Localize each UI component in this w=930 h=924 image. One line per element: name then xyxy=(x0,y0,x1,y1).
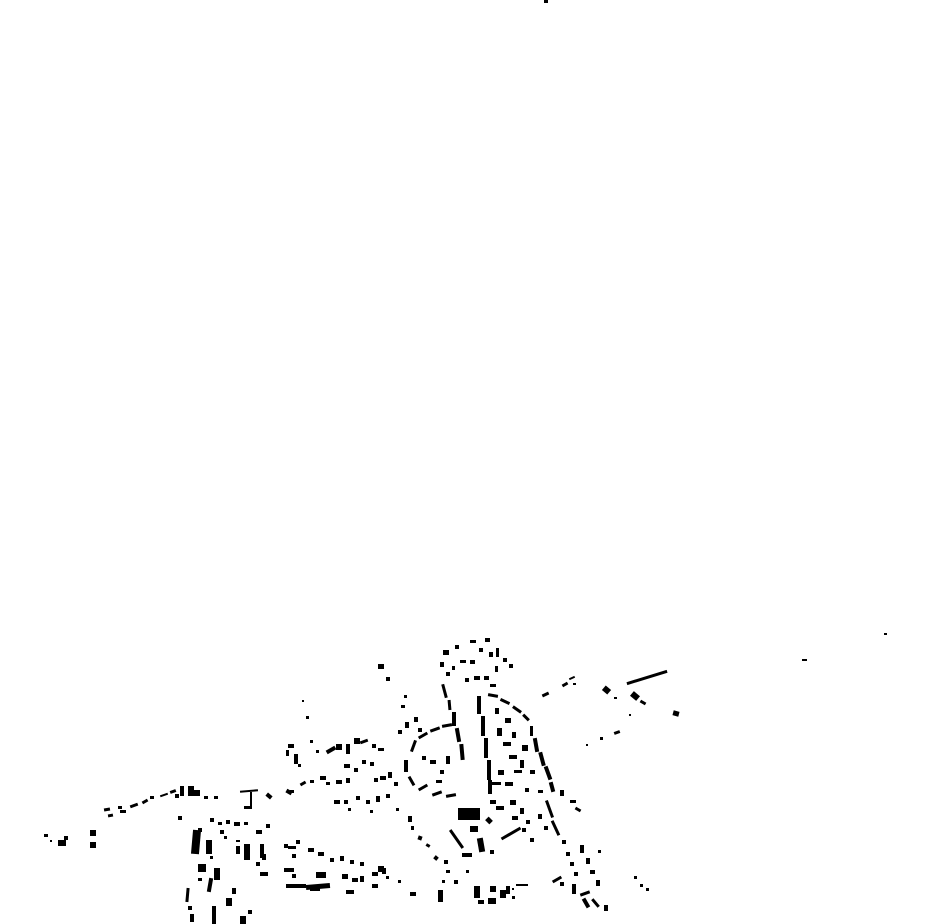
building-footprint xyxy=(802,659,807,661)
building-footprint xyxy=(884,633,887,635)
building-footprint xyxy=(90,830,96,836)
building-footprint xyxy=(346,744,350,754)
building-footprint xyxy=(336,744,342,750)
building-footprint xyxy=(294,754,298,764)
building-footprint xyxy=(503,742,511,746)
building-footprint xyxy=(497,728,502,736)
building-footprints xyxy=(0,0,930,924)
building-footprint xyxy=(388,772,392,778)
building-footprint xyxy=(498,770,504,775)
building-footprint xyxy=(440,662,444,667)
building-footprint xyxy=(404,760,408,772)
building-footprint xyxy=(354,738,360,744)
building-footprint xyxy=(362,760,366,764)
building-footprint xyxy=(232,888,236,894)
building-footprint xyxy=(298,764,301,767)
building-footprint xyxy=(505,718,511,723)
building-footprint xyxy=(206,840,212,854)
building-footprint xyxy=(50,840,52,842)
building-footprint xyxy=(256,830,262,834)
building-footprint xyxy=(544,826,548,830)
building-footprint xyxy=(522,745,528,751)
building-footprint xyxy=(490,850,494,854)
building-footprint xyxy=(490,684,496,687)
building-footprint xyxy=(544,0,548,3)
building-footprint xyxy=(344,800,348,804)
building-footprint xyxy=(394,782,398,786)
building-footprint xyxy=(505,782,513,786)
building-footprint xyxy=(320,776,326,780)
building-footprint xyxy=(386,876,389,879)
building-footprint xyxy=(44,834,48,837)
building-footprint xyxy=(512,888,514,890)
building-footprint xyxy=(477,696,481,714)
building-footprint xyxy=(586,744,588,746)
building-footprint xyxy=(378,664,384,669)
building-footprint xyxy=(512,896,515,899)
building-footprint xyxy=(495,708,499,714)
building-footprint xyxy=(474,886,480,898)
building-footprint xyxy=(180,786,184,796)
building-footprint xyxy=(346,778,350,783)
building-footprint xyxy=(573,683,576,685)
building-footprint xyxy=(586,858,590,864)
building-footprint xyxy=(489,652,493,657)
building-footprint xyxy=(526,820,530,824)
building-footprint xyxy=(452,712,456,726)
building-footprint xyxy=(500,890,506,898)
building-footprint xyxy=(226,898,232,906)
building-footprint xyxy=(604,905,608,911)
building-footprint xyxy=(352,878,358,882)
building-footprint xyxy=(360,876,364,882)
building-footprint xyxy=(479,648,483,652)
building-footprint xyxy=(318,852,324,856)
building-footprint xyxy=(58,840,66,846)
building-footprint xyxy=(512,816,518,820)
building-footprint xyxy=(530,726,533,736)
building-footprint xyxy=(560,790,564,796)
building-footprint xyxy=(490,886,496,892)
building-footprint xyxy=(310,780,314,783)
building-footprint xyxy=(244,844,250,860)
building-footprint xyxy=(292,874,296,878)
building-footprint xyxy=(452,666,455,670)
building-footprint xyxy=(244,822,248,825)
building-footprint xyxy=(538,790,543,793)
building-footprint xyxy=(198,878,202,881)
building-footprint xyxy=(496,806,504,810)
building-footprint xyxy=(344,764,350,768)
building-footprint xyxy=(284,868,294,872)
building-footprint xyxy=(436,780,442,783)
building-footprint xyxy=(286,884,304,888)
building-footprint xyxy=(398,730,402,734)
building-footprint xyxy=(288,846,296,849)
building-footprint xyxy=(218,822,222,825)
building-footprint xyxy=(236,846,240,854)
building-footprint xyxy=(248,910,252,914)
building-footprint xyxy=(214,868,220,880)
building-footprint xyxy=(374,778,378,782)
building-footprint xyxy=(340,856,344,861)
building-footprint xyxy=(510,800,516,805)
building-footprint xyxy=(372,884,378,888)
building-footprint xyxy=(572,884,576,894)
building-footprint xyxy=(404,695,407,698)
building-footprint xyxy=(386,794,390,798)
building-footprint xyxy=(194,790,200,796)
building-footprint xyxy=(360,862,364,866)
building-footprint xyxy=(470,660,475,664)
building-footprint xyxy=(210,818,214,822)
building-footprint xyxy=(366,800,370,804)
building-footprint xyxy=(422,756,426,760)
building-footprint xyxy=(150,796,154,799)
building-footprint xyxy=(198,864,206,872)
building-footprint xyxy=(512,732,516,738)
building-footprint xyxy=(316,750,319,753)
building-footprint xyxy=(574,872,578,876)
building-footprint xyxy=(516,884,528,886)
building-footprint xyxy=(288,744,294,748)
building-footprint xyxy=(120,810,126,813)
building-footprint xyxy=(538,814,542,819)
building-footprint xyxy=(438,890,443,902)
building-footprint xyxy=(430,760,436,764)
building-footprint xyxy=(465,678,469,682)
building-footprint xyxy=(316,872,326,878)
building-footprint xyxy=(454,880,458,884)
building-footprint xyxy=(178,816,182,820)
building-footprint xyxy=(382,868,386,874)
building-footprint xyxy=(266,824,270,828)
building-footprint xyxy=(370,762,374,766)
building-footprint xyxy=(458,808,480,820)
building-footprint xyxy=(446,672,450,676)
building-footprint xyxy=(378,748,384,751)
building-footprint xyxy=(214,796,218,799)
building-footprint xyxy=(520,760,524,768)
building-footprint xyxy=(224,836,227,839)
building-footprint xyxy=(405,722,409,728)
building-footprint xyxy=(330,858,334,862)
building-footprint xyxy=(490,800,496,804)
building-footprint xyxy=(470,640,476,643)
building-footprint xyxy=(198,828,202,832)
building-footprint xyxy=(530,770,535,774)
building-footprint xyxy=(614,697,617,699)
building-footprint xyxy=(410,892,416,896)
building-footprint xyxy=(188,906,192,910)
building-footprint xyxy=(470,826,478,832)
building-footprint xyxy=(484,676,489,680)
building-footprint xyxy=(509,664,513,668)
building-footprint xyxy=(204,796,208,799)
building-footprint xyxy=(64,836,68,840)
building-footprint xyxy=(596,880,600,886)
building-footprint xyxy=(398,880,401,883)
building-footprint xyxy=(484,738,488,758)
building-footprint xyxy=(629,714,631,716)
building-footprint xyxy=(570,862,574,866)
building-footprint xyxy=(376,796,380,802)
building-footprint xyxy=(326,782,330,785)
building-footprint xyxy=(570,800,576,803)
building-footprint xyxy=(308,848,314,852)
building-footprint xyxy=(210,856,213,859)
building-footprint xyxy=(474,676,480,680)
building-footprint xyxy=(408,816,412,822)
building-footprint xyxy=(560,882,564,886)
building-footprint xyxy=(226,820,230,824)
building-footprint xyxy=(286,750,289,756)
building-footprint xyxy=(418,728,422,732)
building-footprint xyxy=(348,808,351,811)
building-footprint xyxy=(562,840,566,844)
building-footprint xyxy=(372,872,378,876)
building-footprint xyxy=(530,838,534,842)
building-footprint xyxy=(444,860,448,864)
building-footprint xyxy=(590,870,595,874)
building-footprint xyxy=(175,794,179,798)
building-footprint xyxy=(342,874,348,879)
building-footprint xyxy=(446,870,450,873)
building-footprint xyxy=(90,842,96,848)
building-footprint xyxy=(491,782,501,785)
building-footprint xyxy=(503,658,507,662)
building-footprint xyxy=(372,744,376,748)
building-footprint xyxy=(506,886,510,894)
building-footprint xyxy=(411,826,414,830)
building-footprint xyxy=(495,666,498,672)
building-footprint xyxy=(396,808,399,811)
building-footprint xyxy=(460,660,466,663)
building-footprint xyxy=(306,716,309,719)
building-footprint xyxy=(234,822,240,826)
building-footprint xyxy=(446,756,450,764)
building-footprint xyxy=(600,737,603,740)
building-footprint xyxy=(310,740,313,743)
building-footprint xyxy=(522,828,526,832)
building-footprint xyxy=(302,700,304,702)
building-footprint xyxy=(212,906,216,924)
building-footprint xyxy=(401,705,405,708)
building-footprint xyxy=(443,650,449,655)
figure-ground-map xyxy=(0,0,930,924)
building-footprint xyxy=(250,792,252,806)
building-footprint xyxy=(598,850,601,853)
building-footprint xyxy=(190,914,194,922)
building-footprint xyxy=(350,860,354,864)
building-footprint xyxy=(356,796,360,800)
building-footprint xyxy=(488,898,496,904)
building-footprint xyxy=(334,800,340,804)
building-footprint xyxy=(240,916,246,924)
building-footprint xyxy=(220,830,224,834)
building-footprint xyxy=(256,862,260,866)
building-footprint xyxy=(496,648,499,657)
building-footprint xyxy=(118,806,122,809)
building-footprint xyxy=(380,776,386,780)
building-footprint xyxy=(466,870,469,873)
building-footprint xyxy=(509,755,517,759)
building-footprint xyxy=(336,780,342,784)
building-footprint xyxy=(260,872,268,876)
building-footprint xyxy=(442,880,445,883)
building-footprint xyxy=(386,677,390,681)
building-footprint xyxy=(487,760,491,780)
building-footprint xyxy=(236,840,240,842)
building-footprint xyxy=(455,645,459,649)
building-footprint xyxy=(478,900,484,904)
building-footprint xyxy=(188,786,194,796)
building-footprint xyxy=(525,788,529,792)
building-footprint xyxy=(646,888,649,891)
building-footprint xyxy=(462,853,472,857)
building-footprint xyxy=(440,770,444,774)
building-footprint xyxy=(640,884,643,887)
building-footprint xyxy=(292,854,296,858)
map-background xyxy=(0,0,930,924)
building-footprint xyxy=(354,768,358,772)
building-footprint xyxy=(346,890,354,894)
building-footprint xyxy=(481,716,485,736)
building-footprint xyxy=(514,770,522,773)
building-footprint xyxy=(566,852,570,856)
building-footprint xyxy=(414,717,418,722)
building-footprint xyxy=(485,638,490,642)
building-footprint xyxy=(262,854,266,860)
building-footprint xyxy=(634,876,637,879)
building-footprint xyxy=(244,806,252,809)
building-footprint xyxy=(284,844,288,848)
building-footprint xyxy=(580,845,584,853)
building-footprint xyxy=(296,840,300,844)
building-footprint xyxy=(520,808,524,814)
building-footprint xyxy=(370,810,373,813)
